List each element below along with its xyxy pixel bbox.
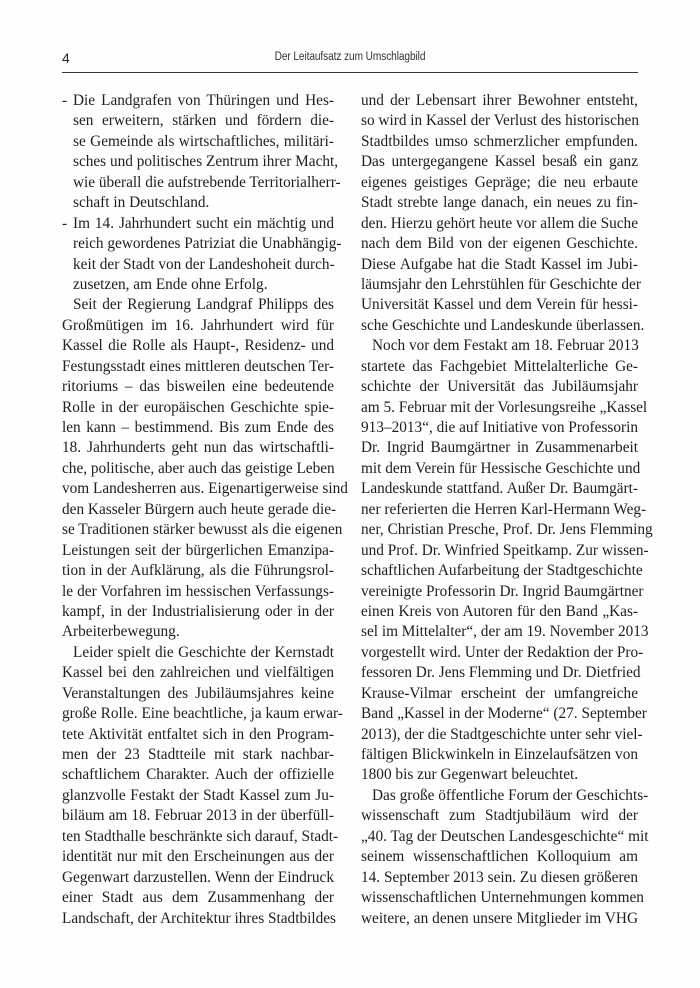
text-line: 18. Jahrhunderts geht nun das wirtschaft… xyxy=(62,438,334,458)
text-line: Stadt strebte lange danach, ein neues zu… xyxy=(361,193,638,213)
text-line: weitere, an denen unsere Mitglieder im V… xyxy=(361,909,638,929)
text-line: ner referierten die Herren Karl-Hermann … xyxy=(361,500,638,520)
line-text: Die Landgrafen von Thüringen und Hes- xyxy=(73,92,334,109)
text-line: vom Landesherren aus. Eigenartigerweise … xyxy=(62,479,334,499)
text-line: große Rolle. Eine beachtliche, ja kaum e… xyxy=(62,704,334,724)
text-line: 14. September 2013 sein. Zu diesen größe… xyxy=(361,868,638,888)
text-line: Veranstaltungen des Jubiläumsjahres kein… xyxy=(62,684,334,704)
text-line: Stadtbildes umso schmerzlicher empfunden… xyxy=(361,132,638,152)
text-line: mit dem Verein für Hessische Geschichte … xyxy=(361,459,638,479)
right-text-column: und der Lebensart ihrer Bewohner entsteh… xyxy=(361,91,638,929)
text-line: Dr. Ingrid Baumgärtner in Zusammenarbeit xyxy=(361,438,638,458)
text-line: Diese Aufgabe hat die Stadt Kassel im Ju… xyxy=(361,255,638,275)
text-line: vereinigte Professorin Dr. Ingrid Baumgä… xyxy=(361,582,638,602)
text-line: Leider spielt die Geschichte der Kernsta… xyxy=(62,643,334,663)
text-line: fessoren Dr. Jens Flemming und Dr. Dietf… xyxy=(361,663,638,683)
text-line: schaft in Deutschland. xyxy=(62,193,334,213)
left-text-column: -Die Landgrafen von Thüringen und Hes-se… xyxy=(62,91,334,929)
text-line: reich gewordenes Patriziat die Unabhängi… xyxy=(62,234,334,254)
line-text: Im 14. Jahrhundert sucht ein mächtig und xyxy=(73,215,334,232)
text-line: ritoriums – das bisweilen eine bedeutend… xyxy=(62,377,334,397)
text-line: fältigen Blickwinkeln in Einzelaufsätzen… xyxy=(361,745,638,765)
text-line: len kann – bestimmend. Bis zum Ende des xyxy=(62,418,334,438)
text-line: den Kasseler Bürgern auch heute gerade d… xyxy=(62,500,334,520)
text-line: schichte der Universität das Jubiläumsja… xyxy=(361,377,638,397)
text-line: -Im 14. Jahrhundert sucht ein mächtig un… xyxy=(62,214,334,234)
list-bullet: - xyxy=(62,91,67,111)
text-line: kampf, in der Industrialisierung oder in… xyxy=(62,602,334,622)
text-line: Festungsstadt eines mittleren deutschen … xyxy=(62,357,334,377)
text-line: Arbeiterbewegung. xyxy=(62,622,334,642)
text-line: den. Hierzu gehört heute vor allem die S… xyxy=(361,214,638,234)
text-line: sches und politisches Zentrum ihrer Mach… xyxy=(62,152,334,172)
text-line: startete das Fachgebiet Mittelalterliche… xyxy=(361,357,638,377)
text-line: tion in der Aufklärung, als die Führungs… xyxy=(62,561,334,581)
text-line: schaftlichen Aufarbeitung der Stadtgesch… xyxy=(361,561,638,581)
text-line: läumsjahr den Lehrstühlen für Geschichte… xyxy=(361,275,638,295)
text-line: ten Stadthalle beschränkte sich darauf, … xyxy=(62,827,334,847)
text-line: -Die Landgrafen von Thüringen und Hes- xyxy=(62,91,334,111)
text-line: ner, Christian Presche, Prof. Dr. Jens F… xyxy=(361,520,638,540)
text-line: wissenschaftlichen Unternehmungen kommen xyxy=(361,888,638,908)
text-line: sche Geschichte und Landeskunde überlass… xyxy=(361,316,638,336)
page-number: 4 xyxy=(62,50,70,66)
text-line: Gegenwart darzustellen. Wenn der Eindruc… xyxy=(62,868,334,888)
page-header: 4 Der Leitaufsatz zum Umschlagbild xyxy=(62,46,638,73)
text-line: men der 23 Stadtteile mit stark nachbar- xyxy=(62,745,334,765)
list-bullet: - xyxy=(62,214,67,234)
text-line: 1800 bis zur Gegenwart beleuchtet. xyxy=(361,765,638,785)
text-line: Das untergegangene Kassel besaß ein ganz xyxy=(361,152,638,172)
text-line: Band „Kassel in der Moderne“ (27. Septem… xyxy=(361,704,638,724)
text-line: sen erweitern, stärken und fördern die- xyxy=(62,111,334,131)
text-line: zusetzen, am Ende ohne Erfolg. xyxy=(62,275,334,295)
text-line: tete Aktivität entfaltet sich in den Pro… xyxy=(62,725,334,745)
text-line: so wird in Kassel der Verlust des histor… xyxy=(361,111,638,131)
text-line: keit der Stadt von der Landeshoheit durc… xyxy=(62,255,334,275)
text-line: che, politische, aber auch das geistige … xyxy=(62,459,334,479)
text-line: Universität Kassel und dem Verein für he… xyxy=(361,295,638,315)
text-line: Leistungen seit der bürgerlichen Emanzip… xyxy=(62,541,334,561)
text-line: Landschaft, der Architektur ihres Stadtb… xyxy=(62,909,334,929)
text-line: einer Stadt aus dem Zusammenhang der xyxy=(62,888,334,908)
text-line: sel im Mittelalter“, der am 19. November… xyxy=(361,622,638,642)
text-line: se Traditionen stärker bewusst als die e… xyxy=(62,520,334,540)
text-line: 2013), der die Stadtgeschichte unter seh… xyxy=(361,725,638,745)
text-line: einen Kreis von Autoren für den Band „Ka… xyxy=(361,602,638,622)
text-line: Kassel bei den zahlreichen und vielfälti… xyxy=(62,663,334,683)
text-line: wie überall die aufstrebende Territorial… xyxy=(62,173,334,193)
text-line: seinem wissenschaftlichen Kolloquium am xyxy=(361,847,638,867)
text-line: 913–2013“, die auf Initiative von Profes… xyxy=(361,418,638,438)
text-line: Das große öffentliche Forum der Geschich… xyxy=(361,786,638,806)
text-line: le der Vorfahren im hessischen Verfassun… xyxy=(62,582,334,602)
text-line: Krause-Vilmar erscheint der umfangreiche xyxy=(361,684,638,704)
text-line: Seit der Regierung Landgraf Philipps des xyxy=(62,295,334,315)
text-line: und Prof. Dr. Winfried Speitkamp. Zur wi… xyxy=(361,541,638,561)
text-line: glanzvolle Festakt der Stadt Kassel zum … xyxy=(62,786,334,806)
text-line: am 5. Februar mit der Vorlesungsreihe „K… xyxy=(361,398,638,418)
text-line: Großmütigen im 16. Jahrhundert wird für xyxy=(62,316,334,336)
document-page: 4 Der Leitaufsatz zum Umschlagbild -Die … xyxy=(0,0,700,988)
text-line: vorgestellt wird. Unter der Redaktion de… xyxy=(361,643,638,663)
text-line: Kassel die Rolle als Haupt-, Residenz- u… xyxy=(62,336,334,356)
text-line: „40. Tag der Deutschen Landesgeschichte“… xyxy=(361,827,638,847)
text-line: eigenes geistiges Gepräge; die neu erbau… xyxy=(361,173,638,193)
text-line: identität nur mit den Erscheinungen aus … xyxy=(62,847,334,867)
text-line: wissenschaft zum Stadtjubiläum wird der xyxy=(361,806,638,826)
text-line: nach dem Bild von der eigenen Geschichte… xyxy=(361,234,638,254)
text-line: Landeskunde stattfand. Außer Dr. Baumgär… xyxy=(361,479,638,499)
text-line: schaftlichem Charakter. Auch der offizie… xyxy=(62,765,334,785)
text-line: biläum am 18. Februar 2013 in der überfü… xyxy=(62,806,334,826)
text-line: und der Lebensart ihrer Bewohner entsteh… xyxy=(361,91,638,111)
text-line: Noch vor dem Festakt am 18. Februar 2013 xyxy=(361,336,638,356)
text-line: se Gemeinde als wirtschaftliches, militä… xyxy=(62,132,334,152)
text-line: Rolle in der europäischen Geschichte spi… xyxy=(62,398,334,418)
running-head: Der Leitaufsatz zum Umschlagbild xyxy=(97,51,604,63)
